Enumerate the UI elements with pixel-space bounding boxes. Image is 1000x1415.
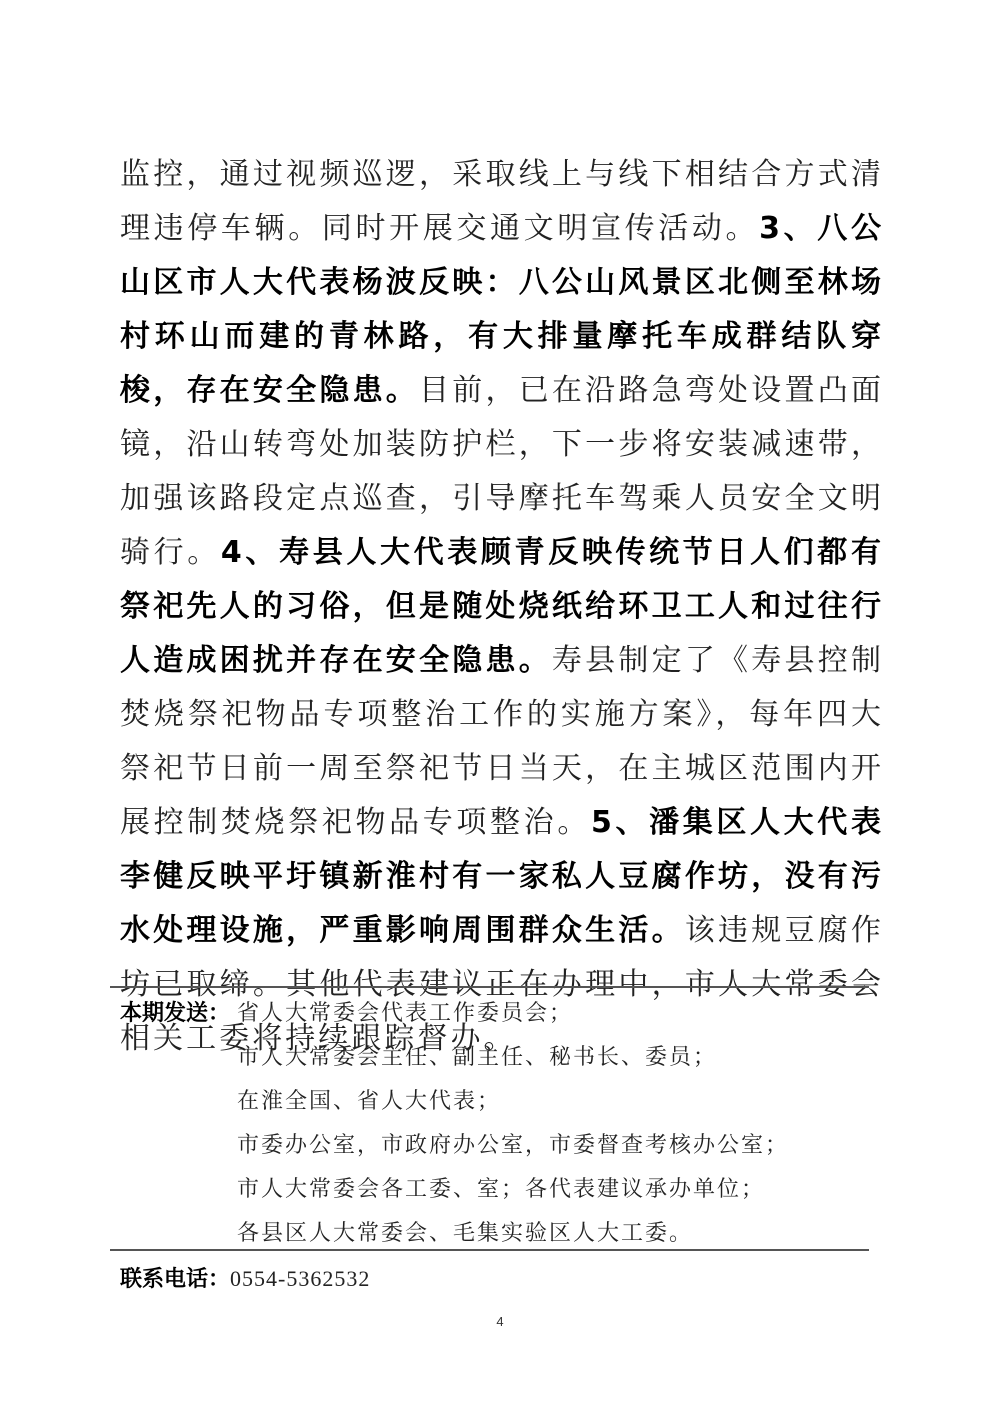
distribution-recipient: 省人大常委会代表工作委员会；	[237, 992, 573, 1036]
distribution-recipient: 市人大常委会各工委、室；各代表建议承办单位；	[237, 1168, 765, 1212]
distribution-label-spacer	[120, 1124, 237, 1168]
distribution-recipient: 市人大常委会主任、副主任、秘书长、委员；	[237, 1036, 717, 1080]
distribution-row: 本期发送： 省人大常委会代表工作委员会；	[120, 992, 880, 1036]
distribution-top-divider	[110, 986, 869, 988]
distribution-row: 市人大常委会各工委、室；各代表建议承办单位；	[120, 1168, 880, 1212]
distribution-label-spacer	[120, 1080, 237, 1124]
contact-phone: 0554-5362532	[230, 1266, 370, 1291]
distribution-label-spacer	[120, 1036, 237, 1080]
distribution-row: 市人大常委会主任、副主任、秘书长、委员；	[120, 1036, 880, 1080]
distribution-row: 在淮全国、省人大代表；	[120, 1080, 880, 1124]
distribution-label-spacer	[120, 1168, 237, 1212]
contact-line: 联系电话：0554-5362532	[120, 1257, 370, 1302]
body-paragraph: 监控，通过视频巡逻，采取线上与线下相结合方式清理违停车辆。同时开展交通文明宣传活…	[120, 148, 884, 1066]
distribution-list: 本期发送： 省人大常委会代表工作委员会； 市人大常委会主任、副主任、秘书长、委员…	[120, 992, 880, 1256]
distribution-label: 本期发送：	[120, 992, 237, 1036]
document-page: 监控，通过视频巡逻，采取线上与线下相结合方式清理违停车辆。同时开展交通文明宣传活…	[0, 0, 1000, 1415]
distribution-recipient: 市委办公室，市政府办公室，市委督查考核办公室；	[237, 1124, 789, 1168]
distribution-bottom-divider	[110, 1249, 869, 1251]
distribution-recipient: 在淮全国、省人大代表；	[237, 1080, 501, 1124]
distribution-row: 市委办公室，市政府办公室，市委督查考核办公室；	[120, 1124, 880, 1168]
page-number: 4	[0, 1314, 1000, 1329]
contact-label: 联系电话：	[120, 1267, 230, 1292]
